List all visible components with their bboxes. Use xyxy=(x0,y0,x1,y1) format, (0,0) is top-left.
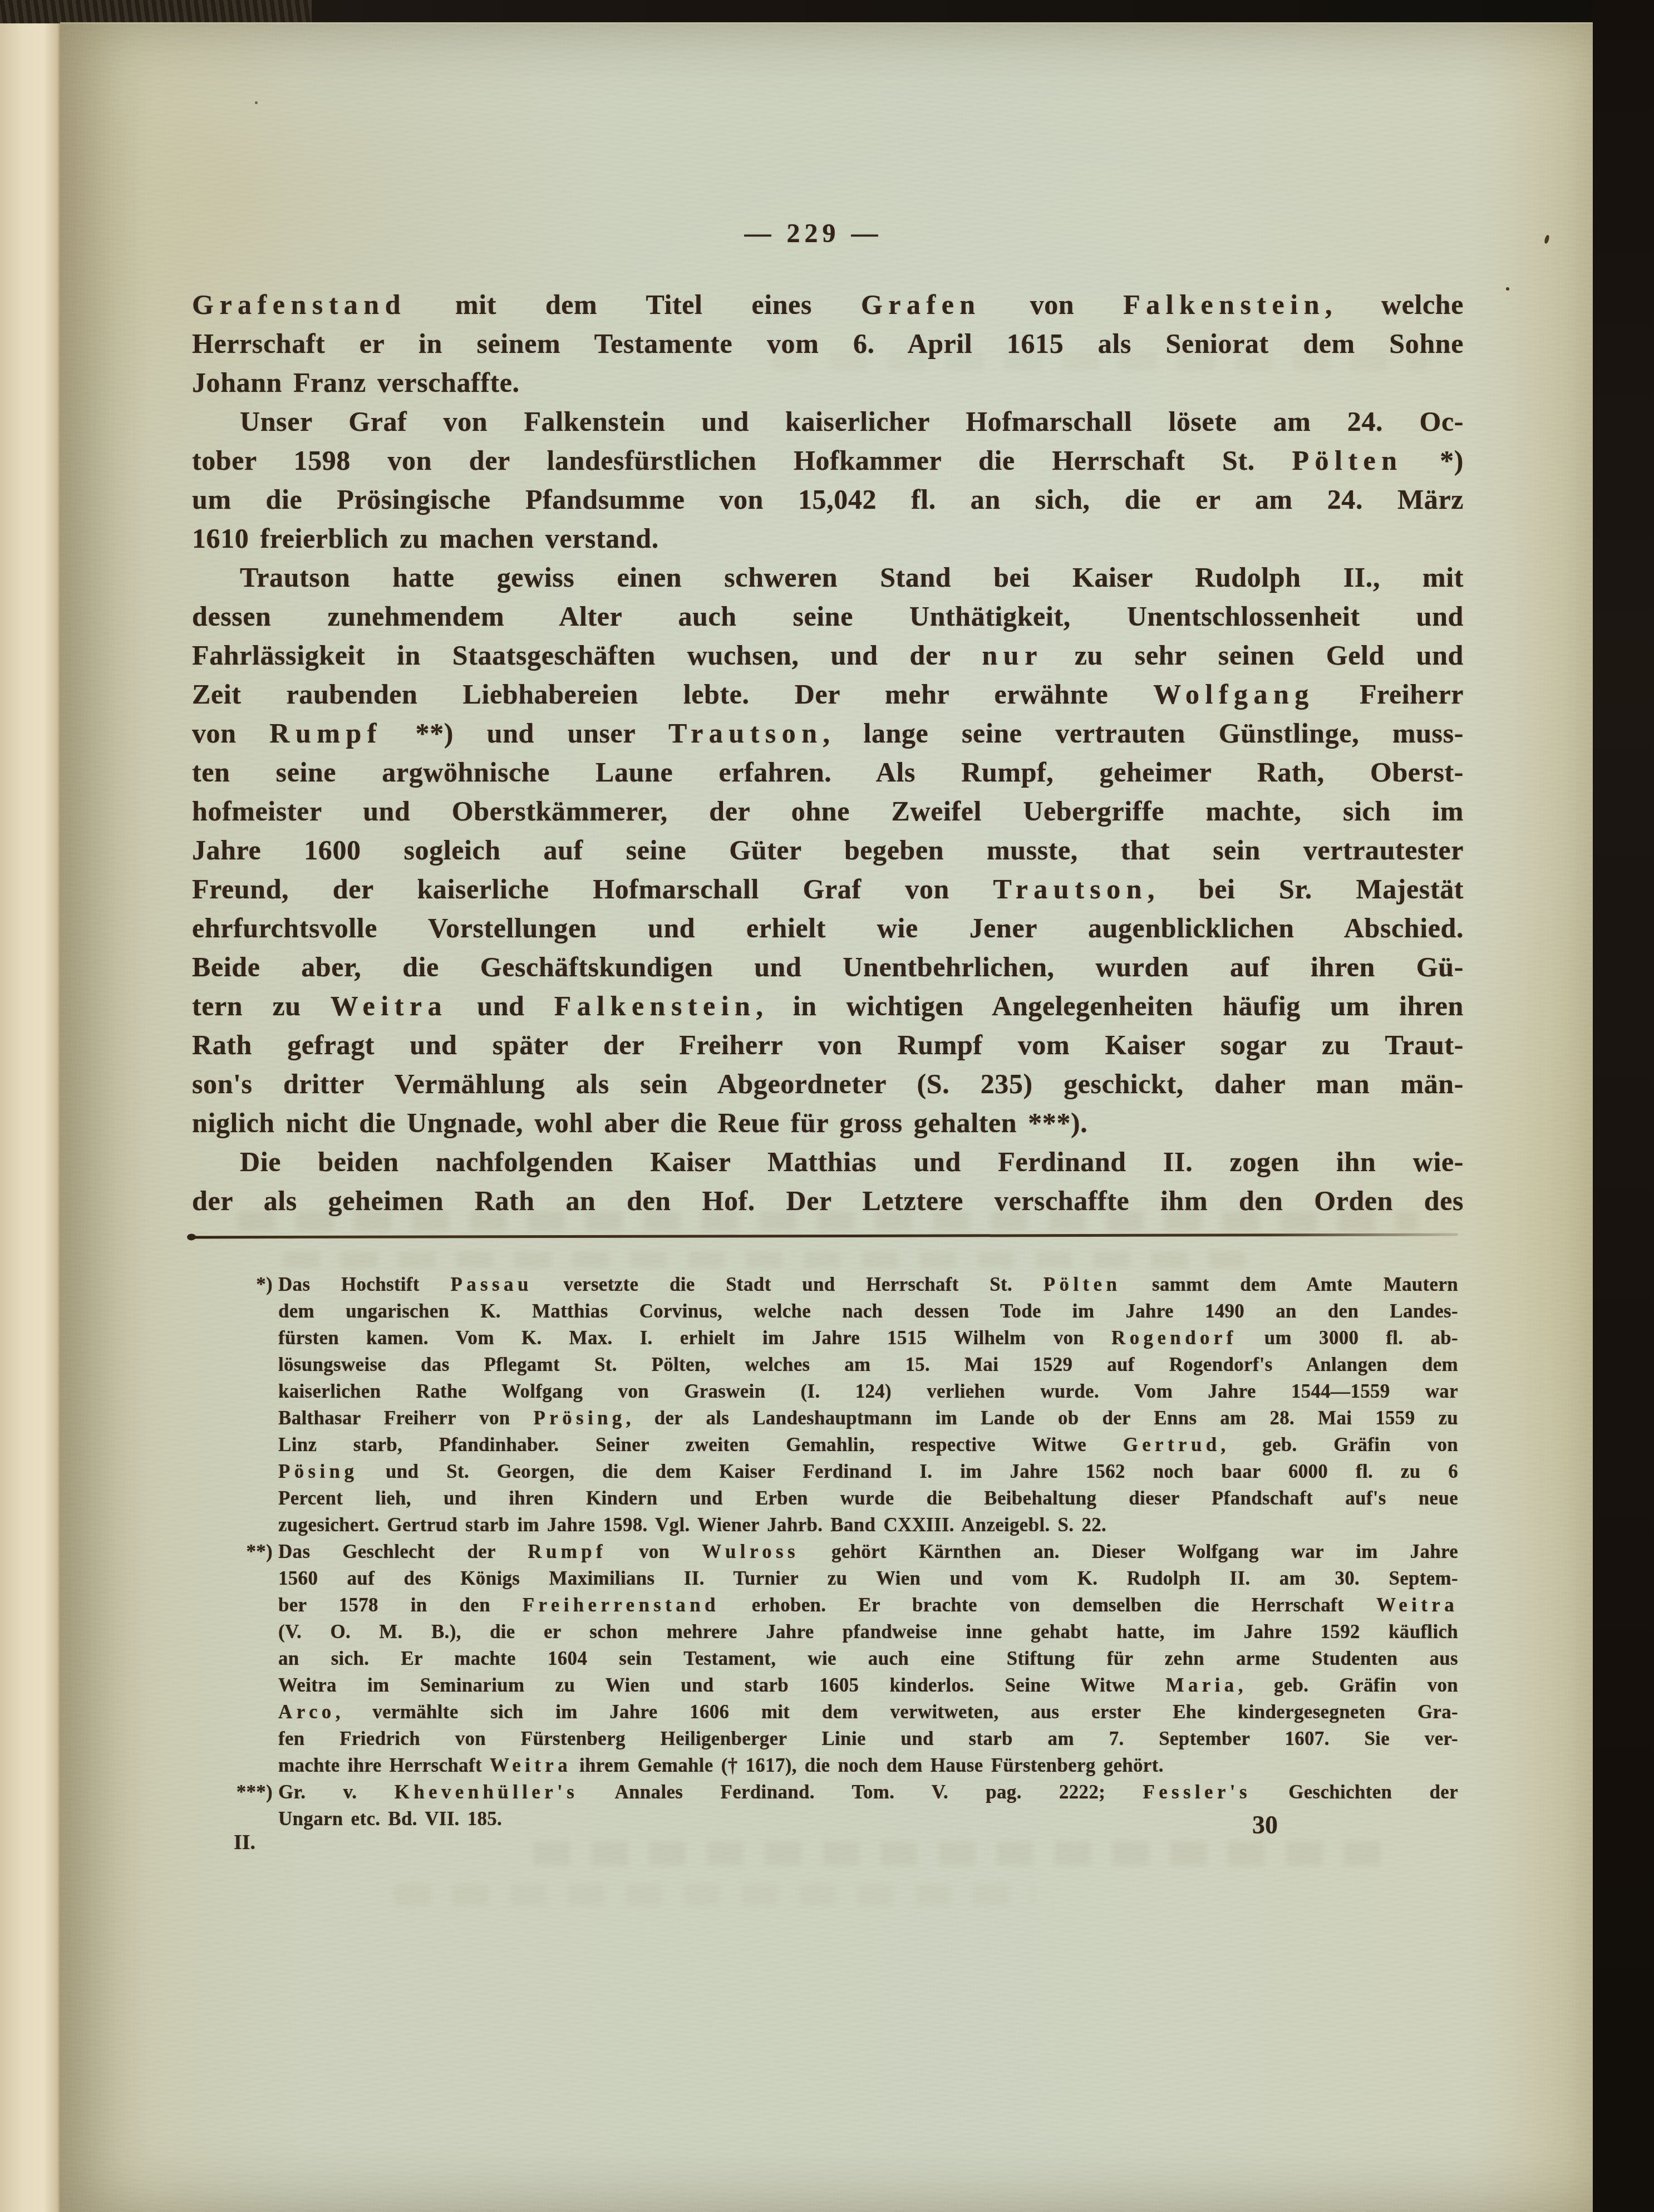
text-line: niglich nicht die Ungnade, wohl aber die… xyxy=(192,1103,1464,1142)
scanned-book-page: — 229 — Grafenstand mit dem Titel eines … xyxy=(0,0,1654,2212)
ink-speck xyxy=(1506,287,1509,291)
footnote-line: ***)Gr. v. Khevenhüller's Annales Ferdin… xyxy=(278,1779,1458,1806)
text-line: um die Prösingische Pfandsumme von 15,04… xyxy=(192,480,1464,519)
sheet-signature: 30 xyxy=(1252,1810,1278,1840)
show-through-ghost xyxy=(394,1884,1034,1906)
footnotes: *)Das Hochstift Passau versetzte die Sta… xyxy=(278,1271,1458,1832)
text-line: Grafenstand mit dem Titel eines Grafen v… xyxy=(192,285,1464,324)
text-line: von Rumpf **) und unser Trautson, lange … xyxy=(192,714,1464,753)
text-line: der als geheimen Rath an den Hof. Der Le… xyxy=(192,1181,1464,1220)
footnote-line: lösungsweise das Pflegamt St. Pölten, we… xyxy=(278,1351,1458,1378)
footnote-marker: *) xyxy=(256,1271,278,1298)
text-line: tern zu Weitra und Falkenstein, in wicht… xyxy=(192,986,1464,1025)
footnote-line: (V. O. M. B.), die er schon mehrere Jahr… xyxy=(278,1619,1458,1645)
footnote-line: machte ihre Herrschaft Weitra ihrem Gema… xyxy=(278,1752,1458,1779)
ink-speck xyxy=(1544,234,1550,244)
footnote-marker: ***) xyxy=(237,1779,278,1806)
volume-signature: II. xyxy=(234,1830,255,1855)
text-line: Die beiden nachfolgenden Kaiser Matthias… xyxy=(192,1142,1464,1181)
text-line: son's dritter Vermählung als sein Abgeor… xyxy=(192,1064,1464,1103)
footnote-line: 1560 auf des Königs Maximilians II. Turn… xyxy=(278,1565,1458,1592)
ink-speck xyxy=(255,101,258,104)
footnote-line: Percent lieh, und ihren Kindern und Erbe… xyxy=(278,1485,1458,1512)
footnote-line: **)Das Geschlecht der Rumpf von Wulross … xyxy=(278,1538,1458,1565)
footnote-marker: **) xyxy=(246,1538,278,1565)
footnote-line: fürsten kamen. Vom K. Max. I. erhielt im… xyxy=(278,1325,1458,1351)
text-line: 1610 freierblich zu machen verstand. xyxy=(192,519,1464,558)
text-line: Rath gefragt und später der Freiherr von… xyxy=(192,1025,1464,1064)
main-text: Grafenstand mit dem Titel eines Grafen v… xyxy=(192,285,1464,1220)
footnote-line: Weitra im Seminarium zu Wien und starb 1… xyxy=(278,1672,1458,1699)
text-line: Johann Franz verschaffte. xyxy=(192,363,1464,402)
previous-page-edge xyxy=(0,23,62,2212)
footnote-separator-rule xyxy=(189,1233,1458,1239)
text-line: Fahrlässigkeit in Staatsgeschäften wuchs… xyxy=(192,636,1464,675)
show-through-ghost xyxy=(283,1251,1246,1268)
text-line: tober 1598 von der landesfürstlichen Hof… xyxy=(192,441,1464,480)
text-line: hofmeister und Oberstkämmerer, der ohne … xyxy=(192,792,1464,830)
footnote-line: *)Das Hochstift Passau versetzte die Sta… xyxy=(278,1271,1458,1298)
page-number: — 229 — xyxy=(178,218,1449,249)
footnote-line: dem ungarischen K. Matthias Corvinus, we… xyxy=(278,1298,1458,1325)
footnote-line: Linz starb, Pfandinhaber. Seiner zweiten… xyxy=(278,1432,1458,1458)
text-line: dessen zunehmendem Alter auch seine Unth… xyxy=(192,597,1464,636)
text-line: Herrschaft er in seinem Testamente vom 6… xyxy=(192,324,1464,363)
footnote-line: zugesichert. Gertrud starb im Jahre 1598… xyxy=(278,1512,1458,1538)
book-page: — 229 — Grafenstand mit dem Titel eines … xyxy=(60,22,1593,2212)
text-line: Beide aber, die Geschäftskundigen und Un… xyxy=(192,947,1464,986)
footnote-line: Ungarn etc. Bd. VII. 185. xyxy=(278,1806,1458,1832)
text-line: Jahre 1600 sogleich auf seine Güter bege… xyxy=(192,830,1464,869)
text-line: Freund, der kaiserliche Hofmarschall Gra… xyxy=(192,869,1464,908)
footnote-line: Pösing und St. Georgen, die dem Kaiser F… xyxy=(278,1458,1458,1485)
text-line: Trautson hatte gewiss einen schweren Sta… xyxy=(192,558,1464,597)
footnote-line: ber 1578 in den Freiherrenstand erhoben.… xyxy=(278,1592,1458,1619)
text-line: Unser Graf von Falkenstein und kaiserlic… xyxy=(192,402,1464,441)
text-line: ehrfurchtsvolle Vorstellungen und erhiel… xyxy=(192,908,1464,947)
footnote-line: an sich. Er machte 1604 sein Testament, … xyxy=(278,1645,1458,1672)
text-line: Zeit raubenden Liebhabereien lebte. Der … xyxy=(192,675,1464,714)
show-through-ghost xyxy=(533,1841,1401,1866)
footnote-line: kaiserlichen Rathe Wolfgang von Graswein… xyxy=(278,1378,1458,1405)
footnote-line: Balthasar Freiherr von Prösing, der als … xyxy=(278,1405,1458,1432)
footnote-line: fen Friedrich von Fürstenberg Heiligenbe… xyxy=(278,1726,1458,1752)
footnote-line: Arco, vermählte sich im Jahre 1606 mit d… xyxy=(278,1699,1458,1726)
text-line: ten seine argwöhnische Laune erfahren. A… xyxy=(192,753,1464,792)
scan-background-right xyxy=(1592,0,1654,2212)
